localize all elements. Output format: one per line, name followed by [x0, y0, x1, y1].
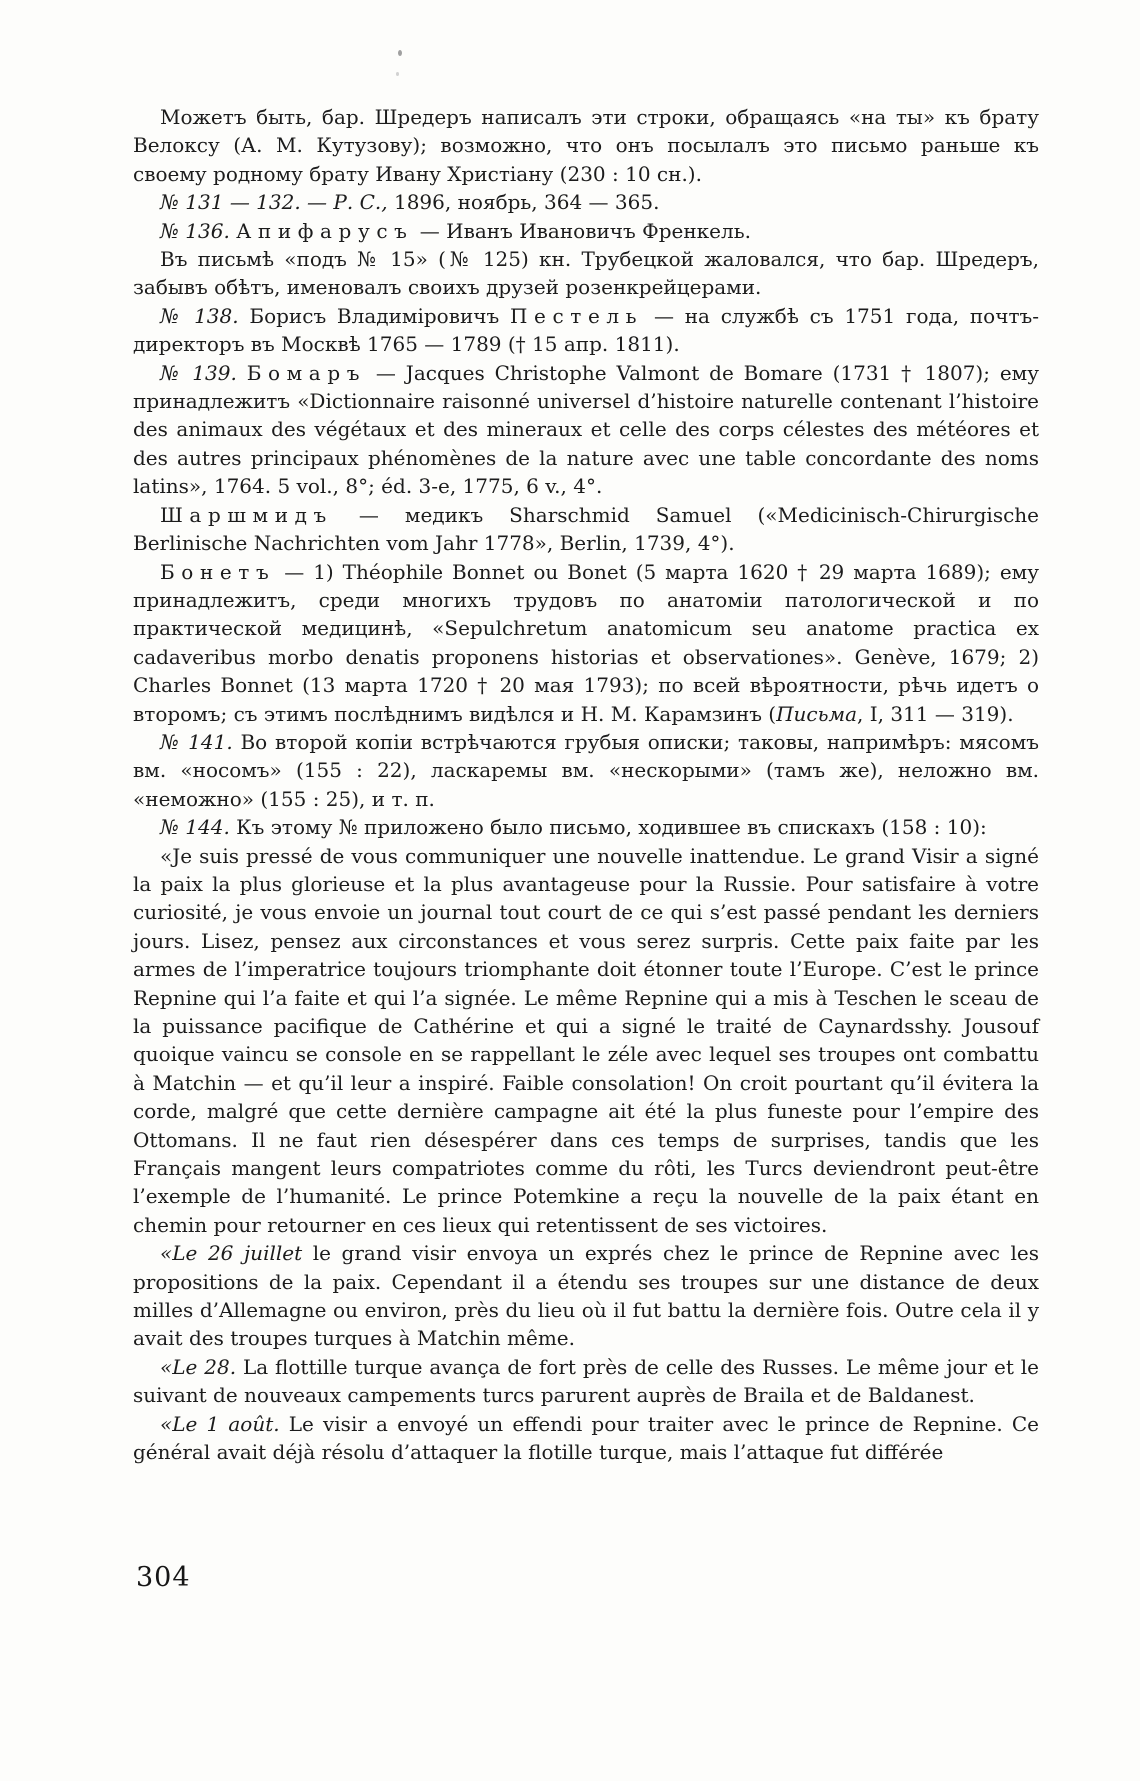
- scan-speck: [396, 72, 399, 76]
- paragraph-intro: Можетъ быть, бар. Шредеръ написалъ эти с…: [133, 103, 1039, 188]
- paragraph-le-26-juillet: «Le 26 juillet le grand visir envoya un …: [133, 1239, 1039, 1353]
- spaced-name: Апифарусъ: [236, 219, 413, 243]
- paragraph-le-1-aout: «Le 1 août. Le visir a envoyé un effendi…: [133, 1410, 1039, 1467]
- spaced-name: Бонетъ: [160, 560, 275, 584]
- ref-number: № 138.: [160, 304, 249, 328]
- text-block: Можетъ быть, бар. Шредеръ написалъ эти с…: [133, 103, 1039, 1467]
- ref-number: № 139.: [160, 361, 247, 385]
- paragraph-letter-french: «Je suis pressé de vous communiquer une …: [133, 842, 1039, 1240]
- text-run: Борисъ Владиміровичъ: [249, 304, 510, 328]
- scan-speck: [398, 50, 402, 56]
- text-run: 1896, ноябрь, 364 — 365.: [394, 190, 659, 214]
- page-number: 304: [136, 1562, 191, 1593]
- text-run: «Je suis pressé de vous communiquer une …: [133, 844, 1039, 1237]
- paragraph-ref-136: № 136. Апифарусъ — Иванъ Ивановичъ Френк…: [133, 217, 1039, 245]
- scanned-book-page: Можетъ быть, бар. Шредеръ написалъ эти с…: [0, 0, 1140, 1781]
- text-run: Въ письмѣ «подъ № 15» (№ 125) кн. Трубец…: [133, 247, 1039, 299]
- paragraph-ref-138: № 138. Борисъ Владиміровичъ Пестель — на…: [133, 302, 1039, 359]
- paragraph-ref-131-132: № 131 — 132. — Р. С., 1896, ноябрь, 364 …: [133, 188, 1039, 216]
- work-title: Письма: [776, 702, 857, 726]
- text-run: Можетъ быть, бар. Шредеръ написалъ эти с…: [133, 105, 1039, 186]
- date-lead: «Le 28.: [160, 1355, 236, 1379]
- paragraph-bonnet: Бонетъ — 1) Théophile Bonnet ou Bonet (5…: [133, 558, 1039, 728]
- spaced-name: Пестель: [510, 304, 643, 328]
- text-run: — Иванъ Ивановичъ Френкель.: [413, 219, 751, 243]
- ref-number: № 136.: [160, 219, 236, 243]
- paragraph-sharschmid: Шаршмидъ — медикъ Sharschmid Samuel («Me…: [133, 501, 1039, 558]
- text-run: , I, 311 — 319).: [857, 702, 1014, 726]
- text-run: Къ этому № приложено было письмо, ходивш…: [236, 815, 987, 839]
- paragraph-ref-141: № 141. Во второй копіи встрѣчаются грубы…: [133, 728, 1039, 813]
- paragraph-ref-144: № 144. Къ этому № приложено было письмо,…: [133, 813, 1039, 841]
- ref-number: № 131 — 132. — Р. С.,: [160, 190, 394, 214]
- date-lead: «Le 26 juillet: [160, 1241, 302, 1265]
- ref-number: № 141.: [160, 730, 240, 754]
- paragraph-ref-139: № 139. Бомаръ — Jacques Christophe Valmo…: [133, 359, 1039, 501]
- spaced-name: Бомаръ: [247, 361, 366, 385]
- date-lead: «Le 1 août.: [160, 1412, 280, 1436]
- spaced-name: Шаршмидъ: [160, 503, 333, 527]
- paragraph-note-trubetskoy: Въ письмѣ «подъ № 15» (№ 125) кн. Трубец…: [133, 245, 1039, 302]
- paragraph-le-28: «Le 28. La flottille turque avança de fo…: [133, 1353, 1039, 1410]
- text-run: La flottille turque avança de fort près …: [133, 1355, 1039, 1407]
- ref-number: № 144.: [160, 815, 236, 839]
- text-run: Во второй копіи встрѣчаются грубыя описк…: [133, 730, 1039, 811]
